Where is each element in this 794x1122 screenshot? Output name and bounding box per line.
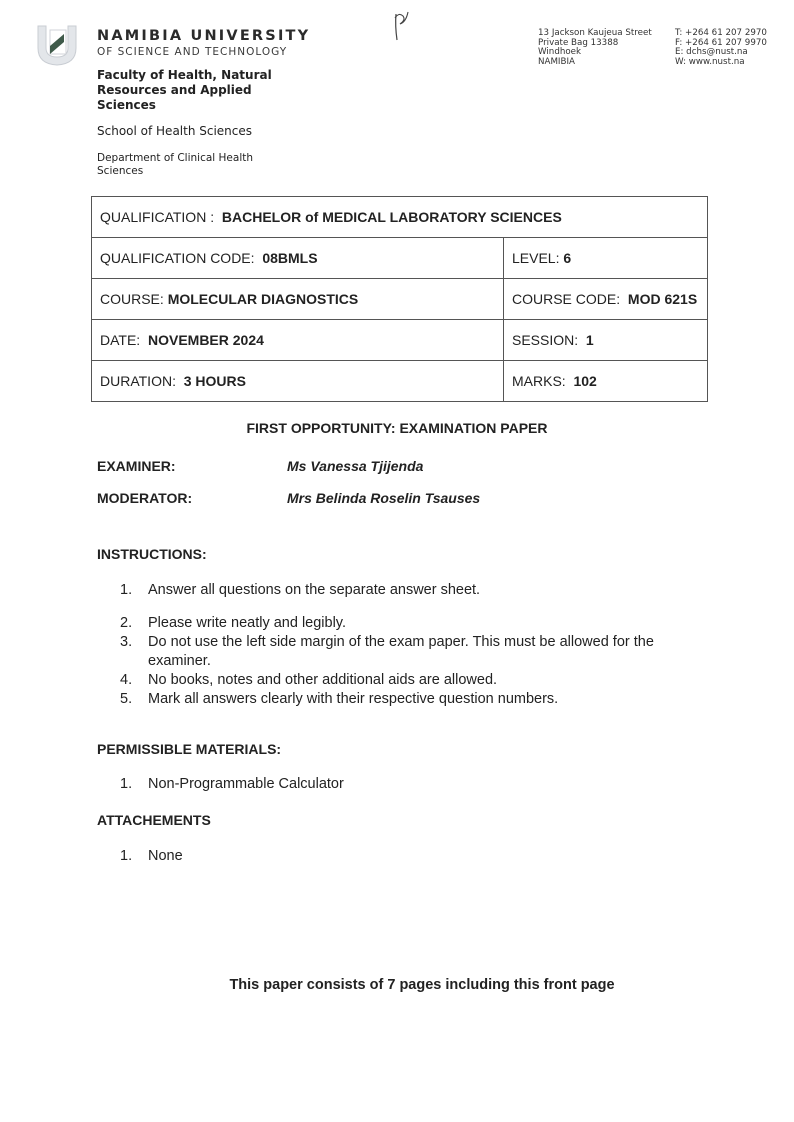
session-value: 1 [586, 332, 594, 348]
list-item: 1. Non-Programmable Calculator [120, 775, 690, 794]
session-label: SESSION: [512, 332, 578, 348]
contact-website: W: www.nust.na [675, 58, 767, 68]
duration-cell: DURATION: 3 HOURS [92, 361, 504, 402]
level-value: 6 [563, 250, 571, 266]
examiner-label: EXAMINER: [97, 458, 176, 474]
level-label: LEVEL: [512, 250, 559, 266]
date-value: NOVEMBER 2024 [148, 332, 264, 348]
duration-label: DURATION: [100, 373, 176, 389]
moderator-label: MODERATOR: [97, 490, 192, 506]
list-item: 1. None [120, 847, 690, 866]
item-number: 5. [120, 690, 148, 709]
item-number: 2. [120, 614, 148, 633]
qualification-code-value: 08BMLS [262, 250, 317, 266]
qualification-value: BACHELOR of MEDICAL LABORATORY SCIENCES [222, 209, 562, 225]
course-code-value: MOD 621S [628, 291, 697, 307]
item-number: 1. [120, 775, 148, 794]
permissible-materials-list: 1. Non-Programmable Calculator [120, 775, 690, 794]
date-label: DATE: [100, 332, 140, 348]
address-block: 13 Jackson Kaujeua Street Private Bag 13… [538, 29, 652, 67]
marks-label: MARKS: [512, 373, 566, 389]
qualification-code-label: QUALIFICATION CODE: [100, 250, 255, 266]
university-logo-icon [34, 22, 80, 68]
table-row: QUALIFICATION : BACHELOR of MEDICAL LABO… [92, 197, 708, 238]
department-name: Department of Clinical Health Sciences [97, 152, 257, 177]
moderator-name: Mrs Belinda Roselin Tsauses [287, 490, 480, 506]
item-number: 1. [120, 847, 148, 866]
address-line: NAMIBIA [538, 58, 652, 68]
exam-info-table: QUALIFICATION : BACHELOR of MEDICAL LABO… [91, 196, 708, 402]
list-item: 5. Mark all answers clearly with their r… [120, 690, 690, 709]
handwritten-mark [390, 8, 420, 42]
session-cell: SESSION: 1 [504, 320, 708, 361]
table-row: COURSE: MOLECULAR DIAGNOSTICS COURSE COD… [92, 279, 708, 320]
faculty-name: Faculty of Health, Natural Resources and… [97, 68, 287, 113]
item-text: Non-Programmable Calculator [148, 775, 344, 794]
marks-value: 102 [573, 373, 596, 389]
page-count-note: This paper consists of 7 pages including… [0, 977, 794, 993]
course-code-cell: COURSE CODE: MOD 621S [504, 279, 708, 320]
table-row: DATE: NOVEMBER 2024 SESSION: 1 [92, 320, 708, 361]
course-label: COURSE: [100, 291, 164, 307]
list-item: 1. Answer all questions on the separate … [120, 581, 690, 600]
school-name: School of Health Sciences [97, 124, 252, 138]
examiner-name: Ms Vanessa Tjijenda [287, 458, 423, 474]
table-row: DURATION: 3 HOURS MARKS: 102 [92, 361, 708, 402]
qualification-label: QUALIFICATION : [100, 209, 214, 225]
qualification-code-cell: QUALIFICATION CODE: 08BMLS [92, 238, 504, 279]
paper-title: FIRST OPPORTUNITY: EXAMINATION PAPER [0, 420, 794, 436]
level-cell: LEVEL: 6 [504, 238, 708, 279]
contact-block: T: +264 61 207 2970 F: +264 61 207 9970 … [675, 29, 767, 67]
item-number: 4. [120, 671, 148, 690]
attachments-list: 1. None [120, 847, 690, 866]
qualification-cell: QUALIFICATION : BACHELOR of MEDICAL LABO… [92, 197, 708, 238]
university-subtitle: OF SCIENCE AND TECHNOLOGY [97, 46, 287, 58]
attachments-heading: ATTACHEMENTS [97, 812, 211, 828]
item-text: Please write neatly and legibly. [148, 614, 346, 633]
instructions-heading: INSTRUCTIONS: [97, 546, 207, 562]
university-name: NAMIBIA UNIVERSITY [97, 28, 310, 44]
instructions-list: 1. Answer all questions on the separate … [120, 581, 690, 709]
list-item: 4. No books, notes and other additional … [120, 671, 690, 690]
item-text: Answer all questions on the separate ans… [148, 581, 480, 600]
list-item: 3. Do not use the left side margin of th… [120, 633, 690, 671]
item-text: None [148, 847, 183, 866]
course-cell: COURSE: MOLECULAR DIAGNOSTICS [92, 279, 504, 320]
item-text: No books, notes and other additional aid… [148, 671, 497, 690]
item-number: 3. [120, 633, 148, 671]
course-code-label: COURSE CODE: [512, 291, 620, 307]
date-cell: DATE: NOVEMBER 2024 [92, 320, 504, 361]
item-text: Do not use the left side margin of the e… [148, 633, 690, 671]
item-text: Mark all answers clearly with their resp… [148, 690, 558, 709]
duration-value: 3 HOURS [184, 373, 246, 389]
item-number: 1. [120, 581, 148, 600]
marks-cell: MARKS: 102 [504, 361, 708, 402]
course-value: MOLECULAR DIAGNOSTICS [168, 291, 359, 307]
list-item: 2. Please write neatly and legibly. [120, 614, 690, 633]
table-row: QUALIFICATION CODE: 08BMLS LEVEL: 6 [92, 238, 708, 279]
permissible-materials-heading: PERMISSIBLE MATERIALS: [97, 741, 281, 757]
